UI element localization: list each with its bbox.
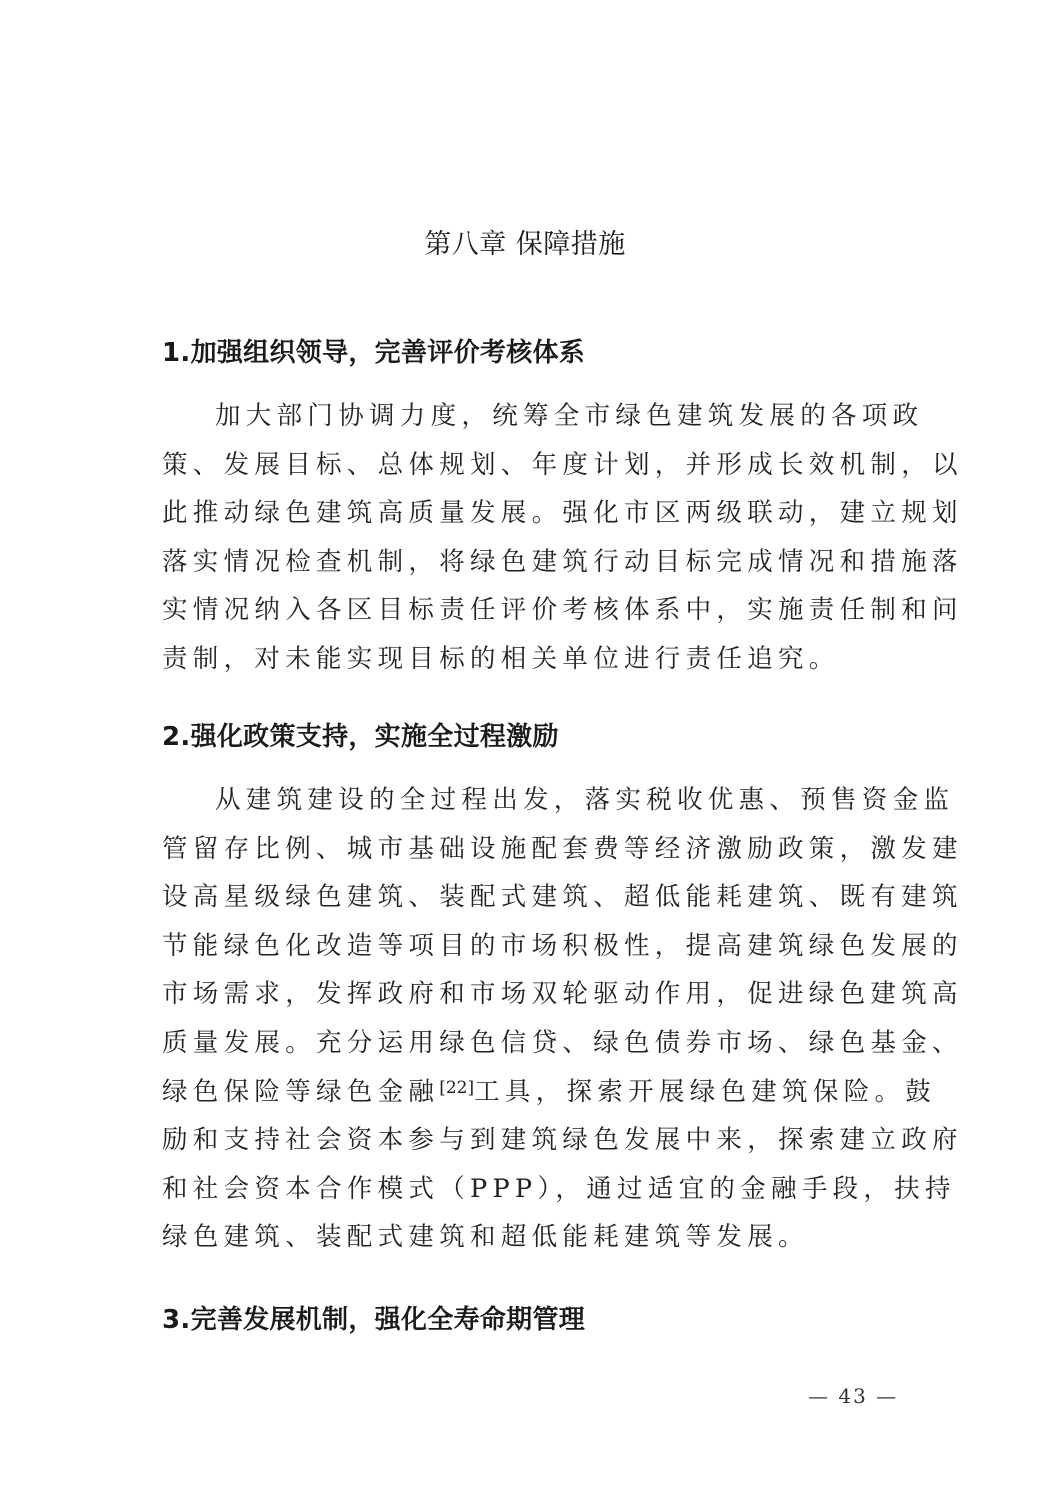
paragraph-line: 实情况纳入各区目标责任评价考核体系中，实施责任制和问 <box>162 586 892 635</box>
chapter-title: 第八章 保障措施 <box>0 222 1050 261</box>
paragraph-line: 和社会资本合作模式（PPP），通过适宜的金融手段，扶持 <box>162 1165 892 1214</box>
paragraph-line: 管留存比例、城市基础设施配套费等经济激励政策，激发建 <box>162 825 892 874</box>
paragraph-line: 节能绿色化改造等项目的市场积极性，提高建筑绿色发展的 <box>162 922 892 971</box>
paragraph-line: 落实情况检查机制，将绿色建筑行动目标完成情况和措施落 <box>162 538 892 587</box>
section-3: 3.完善发展机制，强化全寿命期管理 <box>162 1300 892 1340</box>
paragraph-line: 绿色保险等绿色金融[22]工具，探索开展绿色建筑保险。鼓 <box>162 1068 892 1117</box>
line-text: 工具，探索开展绿色建筑保险。鼓 <box>474 1077 936 1107</box>
citation-link[interactable]: [22] <box>439 1078 474 1098</box>
paragraph-line: 从建筑建设的全过程出发，落实税收优惠、预售资金监 <box>162 776 892 825</box>
section-1: 1.加强组织领导，完善评价考核体系 加大部门协调力度，统筹全市绿色建筑发展的各项… <box>162 333 892 684</box>
section-paragraph: 加大部门协调力度，统筹全市绿色建筑发展的各项政 策、发展目标、总体规划、年度计划… <box>162 392 892 684</box>
section-paragraph: 从建筑建设的全过程出发，落实税收优惠、预售资金监 管留存比例、城市基础设施配套费… <box>162 776 892 1262</box>
line-text: 绿色保险等绿色金融 <box>162 1077 439 1107</box>
section-heading: 2.强化政策支持，实施全过程激励 <box>162 717 892 757</box>
paragraph-line: 设高星级绿色建筑、装配式建筑、超低能耗建筑、既有建筑 <box>162 873 892 922</box>
paragraph-line: 市场需求，发挥政府和市场双轮驱动作用，促进绿色建筑高 <box>162 970 892 1019</box>
paragraph-line: 此推动绿色建筑高质量发展。强化市区两级联动，建立规划 <box>162 489 892 538</box>
section-heading: 3.完善发展机制，强化全寿命期管理 <box>162 1300 892 1340</box>
paragraph-line: 责制，对未能实现目标的相关单位进行责任追究。 <box>162 635 892 684</box>
section-heading: 1.加强组织领导，完善评价考核体系 <box>162 333 892 373</box>
section-2: 2.强化政策支持，实施全过程激励 从建筑建设的全过程出发，落实税收优惠、预售资金… <box>162 717 892 1262</box>
page-number: — 43 — <box>808 1384 898 1408</box>
paragraph-line: 质量发展。充分运用绿色信贷、绿色债券市场、绿色基金、 <box>162 1019 892 1068</box>
paragraph-line: 策、发展目标、总体规划、年度计划，并形成长效机制，以 <box>162 441 892 490</box>
paragraph-line: 绿色建筑、装配式建筑和超低能耗建筑等发展。 <box>162 1213 892 1262</box>
paragraph-line: 加大部门协调力度，统筹全市绿色建筑发展的各项政 <box>162 392 892 441</box>
paragraph-line: 励和支持社会资本参与到建筑绿色发展中来，探索建立政府 <box>162 1116 892 1165</box>
